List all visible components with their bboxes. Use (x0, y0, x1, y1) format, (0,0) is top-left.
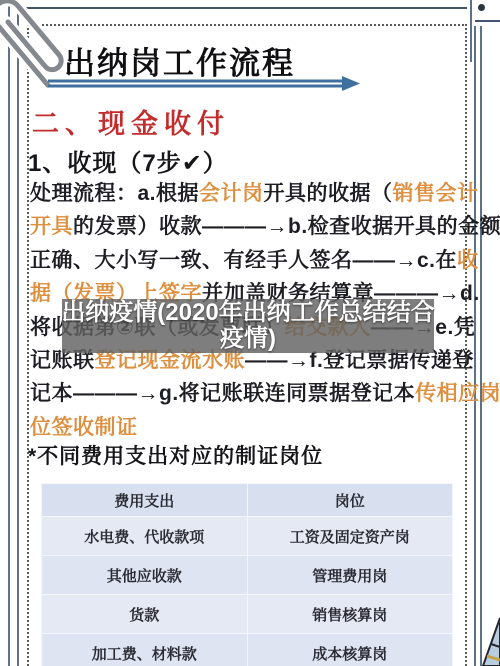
note-text: *不同费用支出对应的制证岗位 (28, 440, 323, 470)
table-cell: 加工费、材料款 (42, 634, 248, 666)
flow-line: 处理流程：a.根据会计岗开具的收据（销售会计 (30, 177, 468, 210)
table-header-cell: 岗位 (247, 484, 453, 517)
caption-line-2: 疫情) (220, 326, 276, 352)
highlighted-term: 位签收制证 (30, 416, 138, 439)
flow-line: 开具的发票）收款———→b.检查收据开具的金额 (30, 210, 468, 243)
table-cell: 水电费、代收款项 (42, 517, 248, 556)
flow-segment: 的发票）收款———→b.检查收据开具的金额 (73, 215, 500, 238)
flow-line: 记本———→g.将记账联连同票据登记本传相应岗 (30, 377, 468, 410)
highlighted-term: 销售会计 (393, 182, 479, 205)
table-header-row: 费用支出岗位 (42, 484, 453, 517)
expense-table-head: 费用支出岗位 (42, 484, 453, 517)
frame-right-line-outer (480, 26, 482, 666)
flow-segment: 记本———→g.将记账联连同票据登记本 (30, 382, 415, 405)
caption-overlay: 出纳疫情(2020年出纳工作总结结合 疫情) (62, 299, 434, 353)
expense-table: 费用支出岗位 水电费、代收款项工资及固定资产岗其他应收款管理费用岗货款销售核算岗… (41, 483, 453, 666)
flow-segment: 处理流程：a.根据 (30, 182, 199, 205)
table-header-cell: 费用支出 (42, 484, 248, 517)
frame-left-line-outer (8, 0, 10, 666)
flow-line: 正确、大小写一致、有经手人签名——→c.在收 (30, 244, 468, 277)
title-underline-arrow (48, 76, 360, 92)
highlighted-term: 收 (457, 249, 479, 272)
table-cell: 管理费用岗 (247, 556, 453, 595)
page: { "header": { "title": "出纳岗工作流程" }, "sec… (0, 0, 500, 666)
table-row: 货款销售核算岗 (42, 595, 453, 634)
frame-left-line-inner (17, 0, 19, 666)
table-cell: 销售核算岗 (247, 595, 453, 634)
highlighted-term: 会计岗 (199, 182, 264, 205)
flow-segment: 开具的收据（ (264, 182, 393, 205)
table-row: 其他应收款管理费用岗 (42, 556, 453, 595)
highlighted-term: 传相应岗 (415, 382, 500, 405)
expense-table-body: 水电费、代收款项工资及固定资产岗其他应收款管理费用岗货款销售核算岗加工费、材料款… (42, 517, 453, 666)
table-cell: 工资及固定资产岗 (247, 517, 453, 556)
table-cell: 其他应收款 (42, 556, 248, 595)
frame-right-top-line (470, 0, 472, 62)
subsection-heading: 1、收现（7步✔） (28, 143, 228, 178)
corner-dot (478, 4, 485, 11)
flow-segment: 正确、大小写一致、有经手人签名——→c.在 (30, 249, 457, 272)
dotted-border-top (27, 24, 467, 26)
corner-sketch-icon (477, 616, 500, 666)
table-row: 加工费、材料款成本核算岗 (42, 634, 453, 666)
caption-line-1: 出纳疫情(2020年出纳工作总结结合 (61, 300, 434, 326)
frame-right-line-inner (474, 26, 476, 666)
frame-top-line (20, 7, 467, 9)
table-row: 水电费、代收款项工资及固定资产岗 (42, 517, 453, 556)
section-heading: 二、现金收付 (32, 102, 230, 141)
dotted-border-left (27, 24, 29, 666)
highlighted-term: 开具 (30, 215, 73, 238)
table-cell: 货款 (42, 595, 248, 634)
frame-top-right-line (475, 20, 500, 22)
table-cell: 成本核算岗 (247, 634, 453, 666)
